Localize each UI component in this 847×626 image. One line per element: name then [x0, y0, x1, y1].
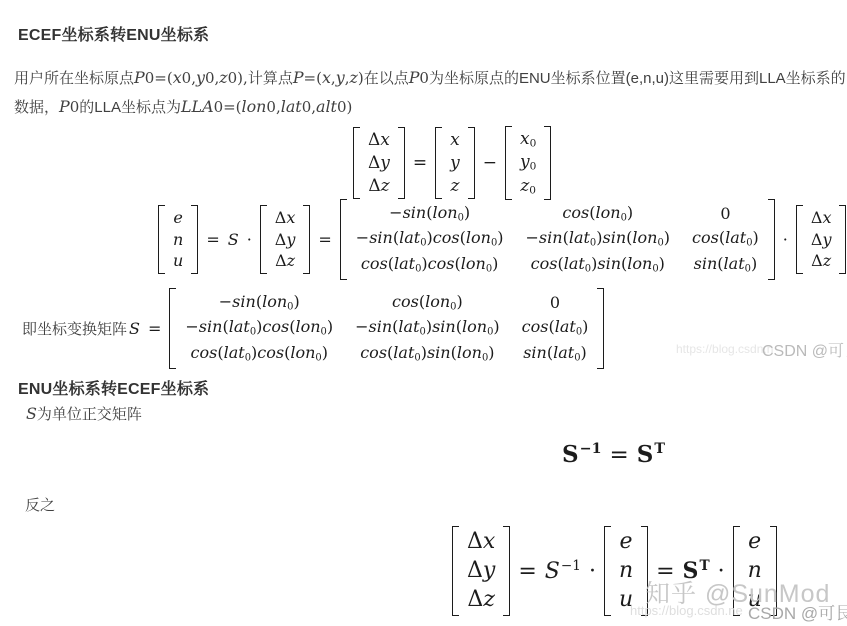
right-bracket — [597, 288, 604, 369]
matrix-vector: ΔxΔyΔz — [452, 526, 510, 616]
text-segment: 0), — [228, 69, 248, 87]
right-bracket — [191, 205, 198, 274]
right-bracket — [768, 199, 775, 280]
equation-delta-definition: ΔxΔyΔz=xyz−x0y0z0 — [353, 126, 551, 200]
text-segment: 0, — [266, 98, 280, 116]
text-segment: 0=( — [214, 98, 242, 116]
math-variable: S — [129, 319, 140, 338]
matrix-vector: x0y0z0 — [505, 126, 551, 200]
text-segment: 0 — [419, 69, 429, 87]
math-operator: = — [601, 442, 636, 468]
equation-s-matrix-definition: 即坐标变换矩阵S=−sin(lon0)cos(lon0)0−sin(lat0)c… — [22, 288, 604, 369]
text-segment: y — [196, 68, 205, 87]
text-segment: LLA — [181, 97, 214, 116]
text-segment: 的LLA坐标点为 — [79, 99, 181, 116]
right-bracket — [398, 127, 405, 199]
text-segment: P — [134, 68, 145, 87]
watermark-csdn-author-bottom: CSDN @可艮 — [748, 599, 847, 624]
text-segment: P — [293, 68, 304, 87]
text-segment: 0=( — [145, 69, 173, 87]
math-variable-superscript: ST — [637, 441, 665, 468]
watermark-csdn-author-mid: CSDN @可艮 — [762, 338, 847, 361]
text-segment: alt — [316, 97, 337, 116]
text-segment: P — [59, 97, 70, 116]
text-segment: =( — [304, 69, 322, 87]
text-segment: x — [322, 68, 331, 87]
math-variable-superscript: S−1 — [545, 558, 581, 584]
watermark-csdn-url-mid: https://blog.csdn.n — [676, 342, 773, 356]
text-segment: y — [336, 68, 345, 87]
text-segment: 用户所在坐标原点 — [14, 70, 134, 87]
text-segment: lon — [242, 97, 267, 116]
left-bracket — [169, 288, 176, 369]
text-segment: 计算点 — [248, 70, 293, 87]
right-bracket — [303, 205, 310, 274]
math-operator: = — [140, 319, 169, 338]
equation-s-inverse-transpose: S−1=ST — [562, 441, 665, 468]
right-bracket — [468, 127, 475, 199]
left-bracket — [158, 205, 165, 274]
text-segment: 为单位正交矩阵 — [37, 406, 142, 423]
math-operator: · — [581, 559, 604, 584]
matrix-vector: enu — [158, 205, 198, 274]
matrix-vector: xyz — [435, 127, 475, 199]
text-segment: 0, — [205, 69, 219, 87]
matrix-vector: ΔxΔyΔz — [796, 205, 847, 274]
text-segment: lat — [281, 97, 302, 116]
math-operator: = — [510, 559, 544, 584]
math-operator: = — [405, 153, 435, 173]
math-operator: − — [475, 153, 505, 173]
math-operator: · — [239, 230, 260, 249]
left-bracket — [435, 127, 442, 199]
text-segment: 在以点 — [364, 70, 409, 87]
math-variable: S — [228, 230, 239, 249]
math-operator: · — [775, 230, 796, 249]
section-heading-enu-to-ecef: ENU坐标系转ECEF坐标系 — [18, 376, 209, 399]
left-bracket — [604, 526, 611, 616]
left-bracket — [260, 205, 267, 274]
text-segment: x — [173, 68, 182, 87]
text-segment: S — [26, 404, 37, 423]
matrix-vector: ΔxΔyΔz — [353, 127, 405, 199]
matrix-vector: ΔxΔyΔz — [260, 205, 311, 274]
left-bracket — [796, 205, 803, 274]
left-bracket — [505, 126, 512, 200]
math-operator: = — [310, 230, 339, 249]
text-segment: z — [349, 68, 357, 87]
left-bracket — [353, 127, 360, 199]
fanzhi-label: 反之 — [25, 494, 55, 515]
right-bracket — [503, 526, 510, 616]
matrix-3x3: −sin(lon0)cos(lon0)0−sin(lat0)cos(lon0)−… — [340, 199, 775, 280]
right-bracket — [544, 126, 551, 200]
text-segment: 0, — [302, 98, 316, 116]
math-operator: = — [198, 230, 227, 249]
right-bracket — [839, 205, 846, 274]
text-segment: 0) — [337, 98, 352, 116]
article-page: ECEF坐标系转ENU坐标系 用户所在坐标原点P0=(x0,y0,z0),计算点… — [0, 0, 847, 626]
matrix-3x3: −sin(lon0)cos(lon0)0−sin(lat0)cos(lon0)−… — [169, 288, 604, 369]
equation-enu-transform: enu=S·ΔxΔyΔz=−sin(lon0)cos(lon0)0−sin(la… — [158, 199, 846, 280]
s-orthogonal-note: S为单位正交矩阵 — [26, 403, 142, 424]
text-segment: z — [219, 68, 227, 87]
intro-paragraph: 用户所在坐标原点P0=(x0,y0,z0),计算点P=(x,y,z)在以点P0为… — [14, 64, 847, 122]
text-segment: 0 — [70, 98, 80, 116]
math-variable-superscript: S−1 — [562, 441, 601, 468]
text-segment: 0, — [182, 69, 196, 87]
equation-label: 即坐标变换矩阵 — [22, 318, 129, 339]
watermark-csdn-url-bottom: https://blog.csdn.ne — [630, 603, 743, 618]
section-heading-ecef-to-enu: ECEF坐标系转ENU坐标系 — [18, 22, 209, 45]
left-bracket — [452, 526, 459, 616]
left-bracket — [340, 199, 347, 280]
text-segment: P — [409, 68, 420, 87]
